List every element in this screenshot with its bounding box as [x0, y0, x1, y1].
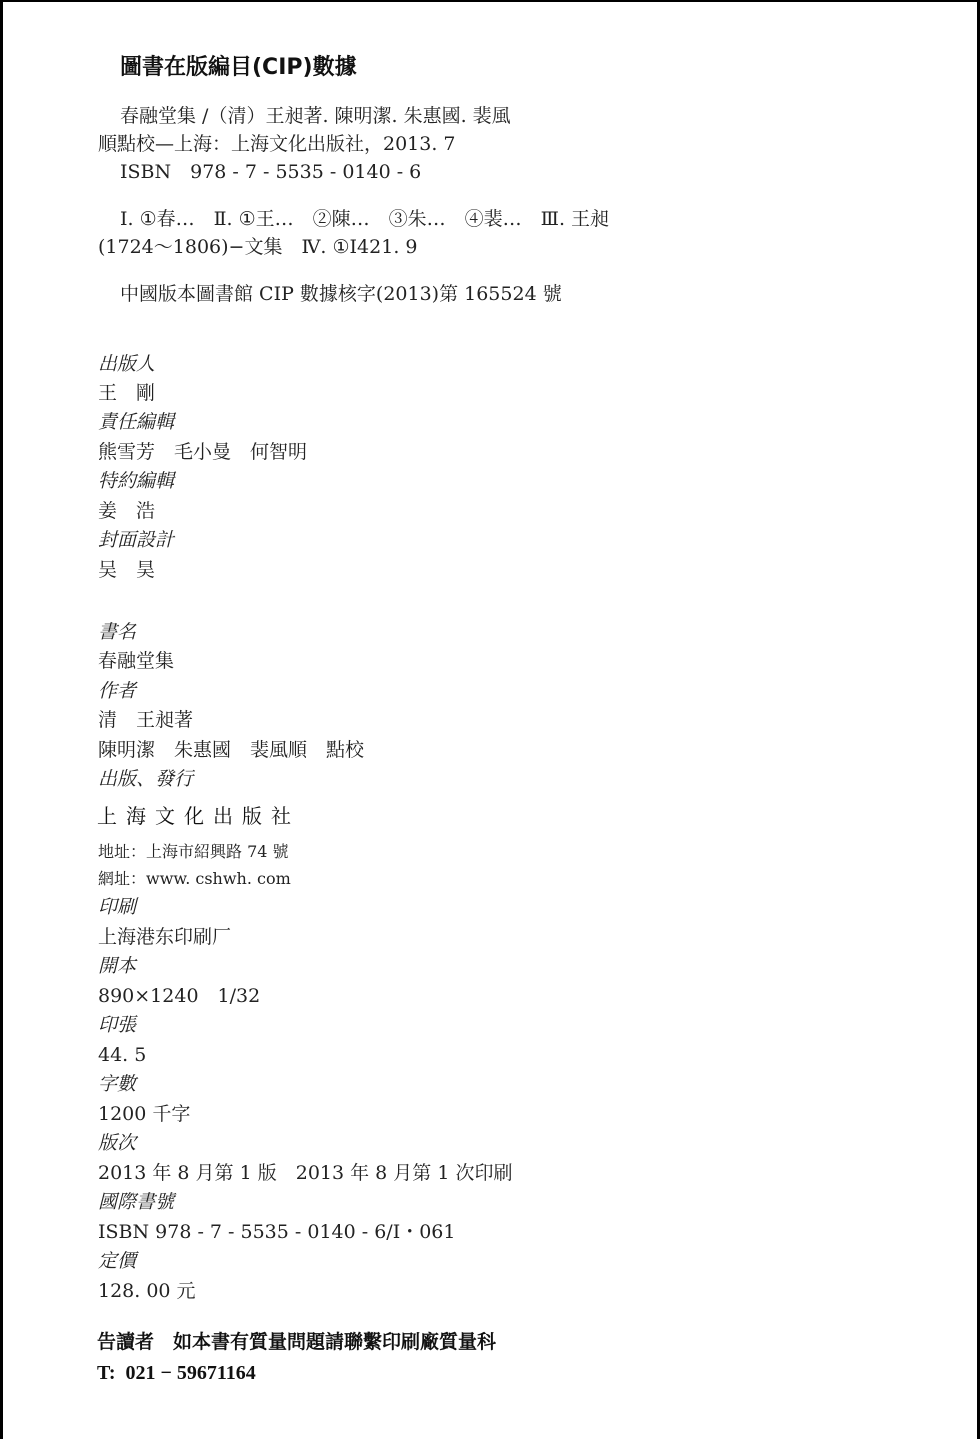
cover-design-label: 封面設計: [98, 531, 174, 550]
cover-design: 吴 昊: [98, 561, 155, 580]
special-editor-label: 特約編輯: [98, 472, 174, 491]
publisher-address: 地址：上海市紹興路 74 號: [98, 844, 289, 860]
publisher-name: 上海文化出版社: [97, 806, 300, 826]
special-editor: 姜 浩: [98, 502, 155, 521]
word-count-label: 字數: [98, 1075, 136, 1094]
sheets-label: 印張: [98, 1016, 136, 1035]
quality-phone: T: 021 − 59671164: [97, 1363, 256, 1383]
edition-label: 版次: [98, 1134, 136, 1153]
price-label: 定價: [98, 1252, 136, 1271]
isbn-label: 國際書號: [98, 1193, 174, 1212]
book-title: 春融堂集: [98, 652, 174, 671]
publisher-website: 網址：www. cshwh. com: [98, 871, 291, 887]
cip-subject-2: (1724～1806)−文集 Ⅳ. ①I421. 9: [98, 238, 417, 257]
cip-line-1: 春融堂集 /（清）王昶著. 陳明潔. 朱惠國. 裴風: [120, 107, 511, 126]
editors-label: 責任編輯: [98, 413, 174, 432]
cip-isbn: ISBN 978 - 7 - 5535 - 0140 - 6: [120, 163, 421, 182]
cip-approval: 中國版本圖書館 CIP 數據核字(2013)第 165524 號: [120, 285, 562, 304]
format-label: 開本: [98, 957, 136, 976]
cip-line-2: 順點校—上海：上海文化出版社，2013. 7: [98, 135, 456, 154]
reader-notice: 告讀者 如本書有質量問題請聯繫印刷廠質量科: [97, 1333, 496, 1352]
publisher-person-label: 出版人: [98, 355, 155, 374]
word-count: 1200 千字: [98, 1105, 190, 1124]
collators: 陳明潔 朱惠國 裴風順 點校: [98, 741, 364, 760]
book-title-label: 書名: [98, 623, 136, 642]
publisher-person: 王 剛: [98, 384, 155, 403]
editors: 熊雪芳 毛小曼 何智明: [98, 443, 307, 462]
copyright-page: 圖書在版編目(CIP)數據 春融堂集 /（清）王昶著. 陳明潔. 朱惠國. 裴風…: [0, 0, 980, 1439]
isbn: ISBN 978 - 7 - 5535 - 0140 - 6/I・061: [98, 1223, 455, 1242]
sheets: 44. 5: [98, 1046, 146, 1065]
cip-heading: 圖書在版編目(CIP)數據: [120, 57, 357, 79]
printer: 上海港东印刷厂: [98, 928, 231, 947]
printing-label: 印刷: [98, 898, 136, 917]
author-label: 作者: [98, 682, 136, 701]
cip-subject-1: Ⅰ. ①春… Ⅱ. ①王… ②陳… ③朱… ④裴… Ⅲ. 王昶: [120, 210, 609, 229]
publishing-label: 出版、發行: [98, 770, 193, 789]
price: 128. 00 元: [98, 1282, 196, 1301]
edition: 2013 年 8 月第 1 版 2013 年 8 月第 1 次印刷: [98, 1164, 512, 1183]
author: 清 王昶著: [98, 711, 193, 730]
format: 890×1240 1/32: [98, 987, 260, 1006]
